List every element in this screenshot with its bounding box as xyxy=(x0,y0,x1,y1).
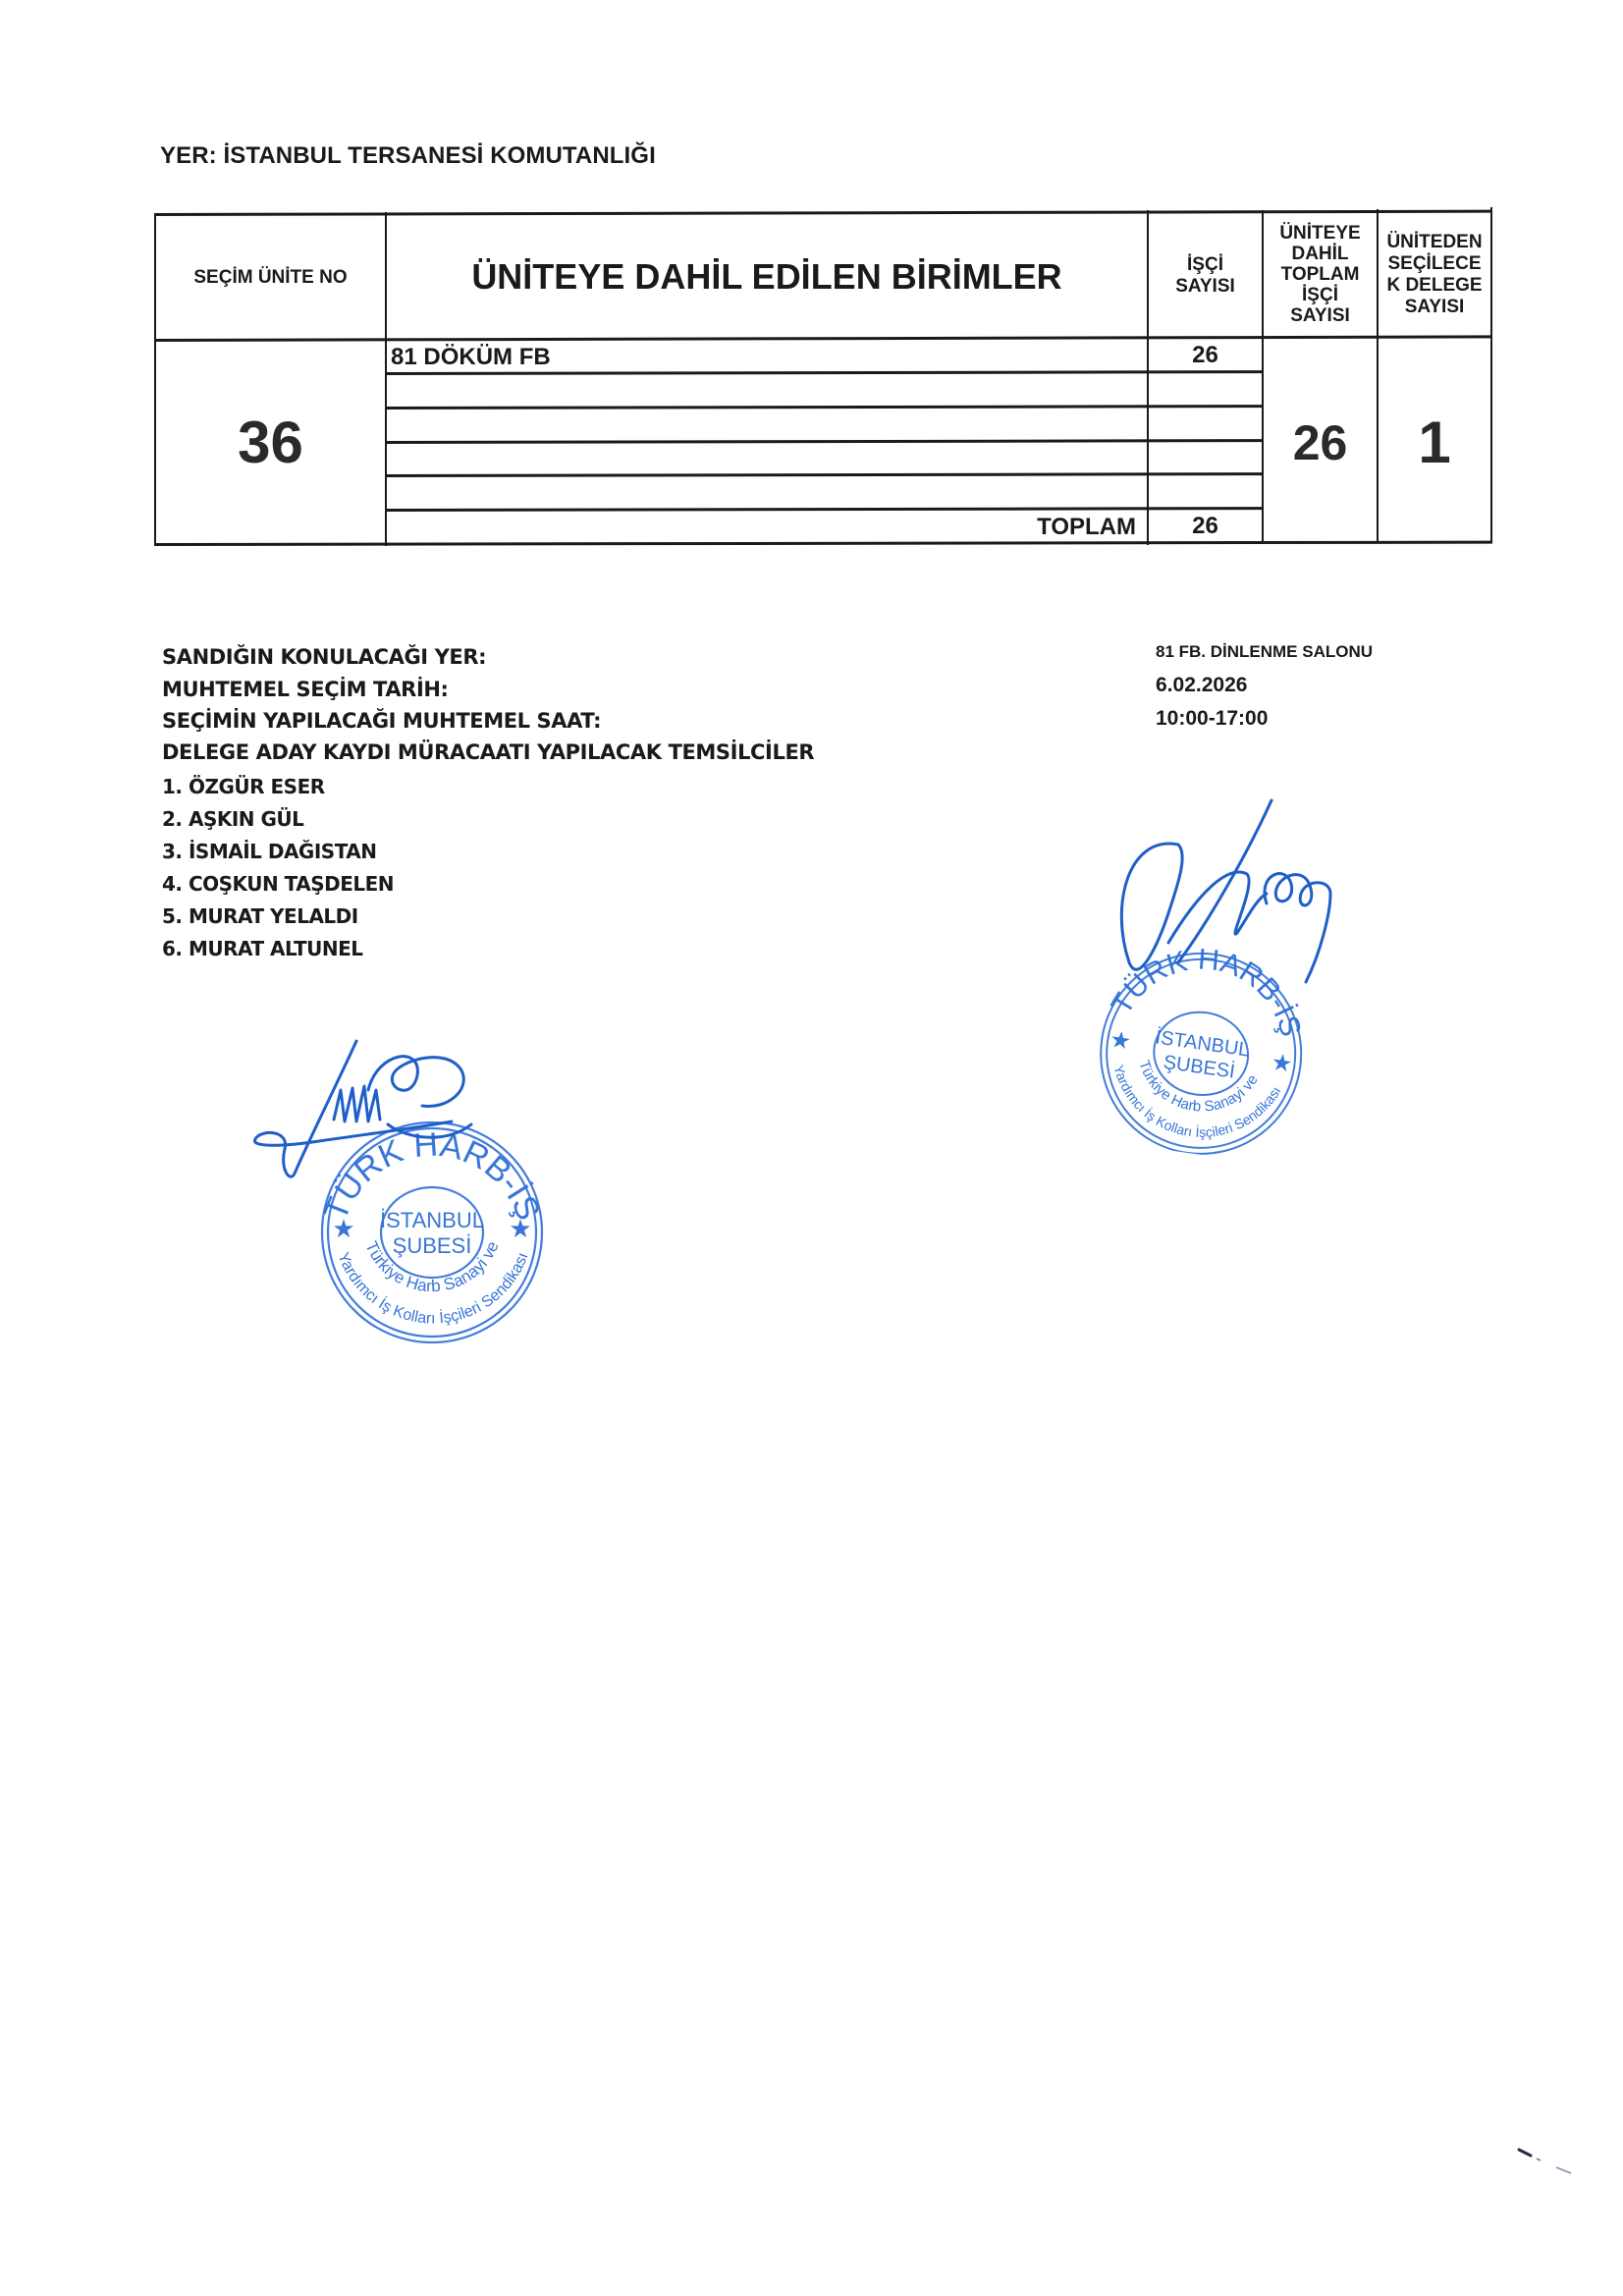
ballot-location-label: SANDIĞIN KONULACAĞI YER: xyxy=(162,645,486,669)
unit-row-name: 81 DÖKÜM FB xyxy=(391,344,551,371)
svg-text:ŞUBESİ: ŞUBESİ xyxy=(393,1233,472,1258)
header-unit-no: SEÇİM ÜNİTE NO xyxy=(156,216,385,339)
representatives-heading: DELEGE ADAY KAYDI MÜRACAATI YAPILACAK TE… xyxy=(162,740,814,764)
header-delegate-count: ÜNİTEDEN SEÇİLECE K DELEGE SAYISI xyxy=(1379,210,1490,339)
svg-text:★: ★ xyxy=(1109,1026,1133,1056)
unit-number: 36 xyxy=(156,342,385,543)
election-unit-table: SEÇİM ÜNİTE NO ÜNİTEYE DAHİL EDİLEN BİRİ… xyxy=(154,207,1492,546)
svg-text:★: ★ xyxy=(332,1214,354,1243)
election-date-value: 6.02.2026 xyxy=(1156,674,1247,697)
header-worker-count: İŞÇİ SAYISI xyxy=(1149,213,1262,339)
representative-item: 6. MURAT ALTUNEL xyxy=(162,937,363,960)
total-value: 26 xyxy=(1149,511,1262,542)
representative-item: 3. İSMAİL DAĞISTAN xyxy=(162,840,377,863)
unit-row-workers: 26 xyxy=(1149,341,1262,370)
svg-text:★: ★ xyxy=(1270,1049,1294,1078)
representative-item: 5. MURAT YELALDI xyxy=(162,904,358,928)
scan-mark xyxy=(1517,2146,1576,2175)
unit-total-workers: 26 xyxy=(1264,342,1377,543)
election-date-label: MUHTEMEL SEÇİM TARİH: xyxy=(162,678,449,701)
location-heading: YER: İSTANBUL TERSANESİ KOMUTANLIĞI xyxy=(160,142,656,170)
total-label: TOPLAM xyxy=(1037,514,1136,541)
svg-text:★: ★ xyxy=(509,1214,531,1243)
representative-item: 4. COŞKUN TAŞDELEN xyxy=(162,872,394,896)
ballot-location-value: 81 FB. DİNLENME SALONU xyxy=(1156,642,1373,662)
election-time-value: 10:00-17:00 xyxy=(1156,707,1268,731)
representative-item: 2. AŞKIN GÜL xyxy=(162,807,303,831)
svg-text:İSTANBUL: İSTANBUL xyxy=(380,1208,484,1232)
representative-item: 1. ÖZGÜR ESER xyxy=(162,775,325,798)
signature-left xyxy=(250,1031,506,1198)
election-time-label: SEÇİMİN YAPILACAĞI MUHTEMEL SAAT: xyxy=(162,709,601,733)
signature-right xyxy=(1109,795,1365,1011)
header-units: ÜNİTEYE DAHİL EDİLEN BİRİMLER xyxy=(387,215,1147,339)
header-total-workers: ÜNİTEYE DAHİL TOPLAM İŞÇİ SAYISI xyxy=(1264,210,1377,339)
delegate-count: 1 xyxy=(1379,342,1490,543)
